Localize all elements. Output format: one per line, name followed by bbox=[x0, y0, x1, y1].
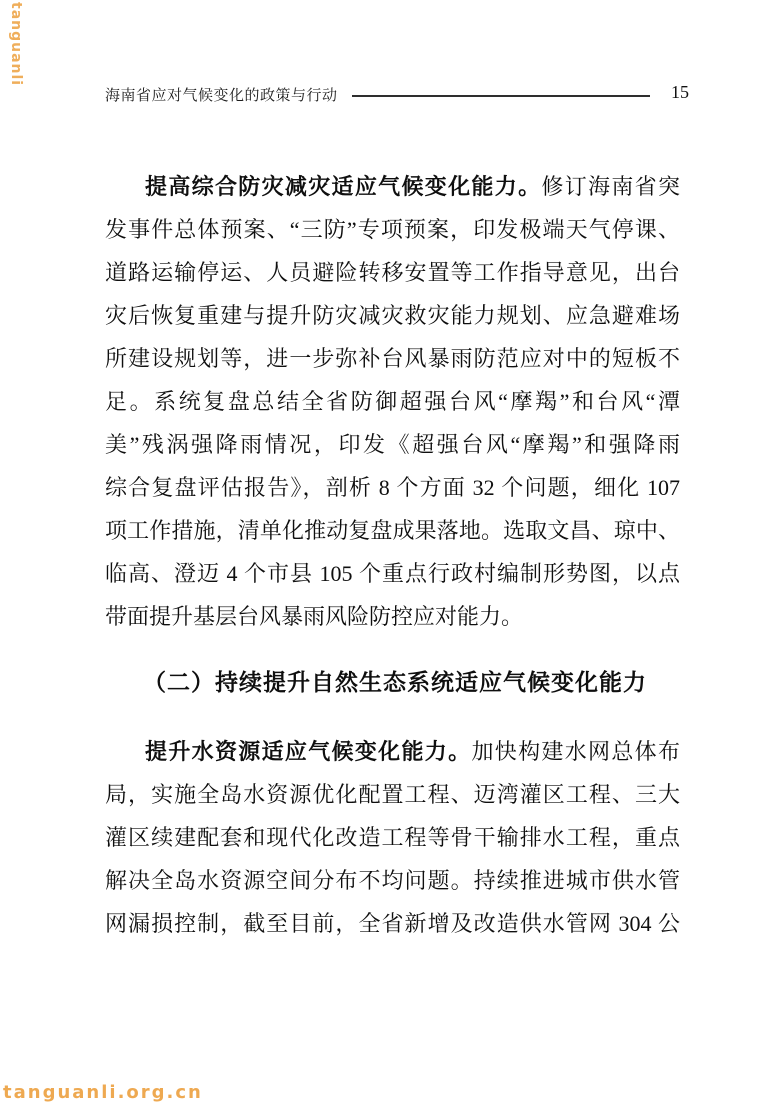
body-line: 网漏损控制，截至目前，全省新增及改造供水管网 304 公 bbox=[105, 902, 680, 945]
body-line: 带面提升基层台风暴雨风险防控应对能力。 bbox=[105, 595, 680, 638]
body-line: 所建设规划等，进一步弥补台风暴雨防范应对中的短板不 bbox=[105, 337, 680, 380]
body-line: 综合复盘评估报告》，剖析 8 个方面 32 个问题，细化 107 bbox=[105, 466, 680, 509]
page-number: 15 bbox=[671, 82, 689, 103]
body-line: 道路运输停运、人员避险转移安置等工作指导意见，出台 bbox=[105, 251, 680, 294]
body-line: 局，实施全岛水资源优化配置工程、迈湾灌区工程、三大 bbox=[105, 773, 680, 816]
body-line: 临高、澄迈 4 个市县 105 个重点行政村编制形势图，以点 bbox=[105, 552, 680, 595]
running-header-title: 海南省应对气候变化的政策与行动 bbox=[105, 84, 338, 105]
body-line: 足。系统复盘总结全省防御超强台风“摩羯”和台风“潭 bbox=[105, 380, 680, 423]
watermark-top-left: tanguanli bbox=[8, 2, 24, 86]
body-line: 提升水资源适应气候变化能力。加快构建水网总体布 bbox=[105, 730, 680, 773]
section-heading: （二）持续提升自然生态系统适应气候变化能力 bbox=[105, 660, 680, 706]
watermark-bottom-left: tanguanli.org.cn bbox=[3, 1082, 203, 1103]
document-page: 海南省应对气候变化的政策与行动 15 提高综合防灾减灾适应气候变化能力。修订海南… bbox=[0, 0, 782, 1105]
header-rule bbox=[352, 95, 650, 97]
paragraph1-lead-rest: 修订海南省突 bbox=[541, 174, 680, 199]
paragraph2-lead-bold: 提升水资源适应气候变化能力。 bbox=[145, 739, 471, 764]
paragraph1-lead-bold: 提高综合防灾减灾适应气候变化能力。 bbox=[145, 174, 541, 199]
body-line: 提高综合防灾减灾适应气候变化能力。修订海南省突 bbox=[105, 165, 680, 208]
body-line: 发事件总体预案、“三防”专项预案，印发极端天气停课、 bbox=[105, 208, 680, 251]
body-line: 美”残涡强降雨情况，印发《超强台风“摩羯”和强降雨 bbox=[105, 423, 680, 466]
body-line: 灾后恢复重建与提升防灾减灾救灾能力规划、应急避难场 bbox=[105, 294, 680, 337]
body-line: 解决全岛水资源空间分布不均问题。持续推进城市供水管 bbox=[105, 859, 680, 902]
body-text-column: 提高综合防灾减灾适应气候变化能力。修订海南省突 发事件总体预案、“三防”专项预案… bbox=[105, 165, 680, 945]
body-line: 项工作措施，清单化推动复盘成果落地。选取文昌、琼中、 bbox=[105, 509, 680, 552]
paragraph2-lead-rest: 加快构建水网总体布 bbox=[471, 739, 680, 764]
body-line: 灌区续建配套和现代化改造工程等骨干输排水工程，重点 bbox=[105, 816, 680, 859]
